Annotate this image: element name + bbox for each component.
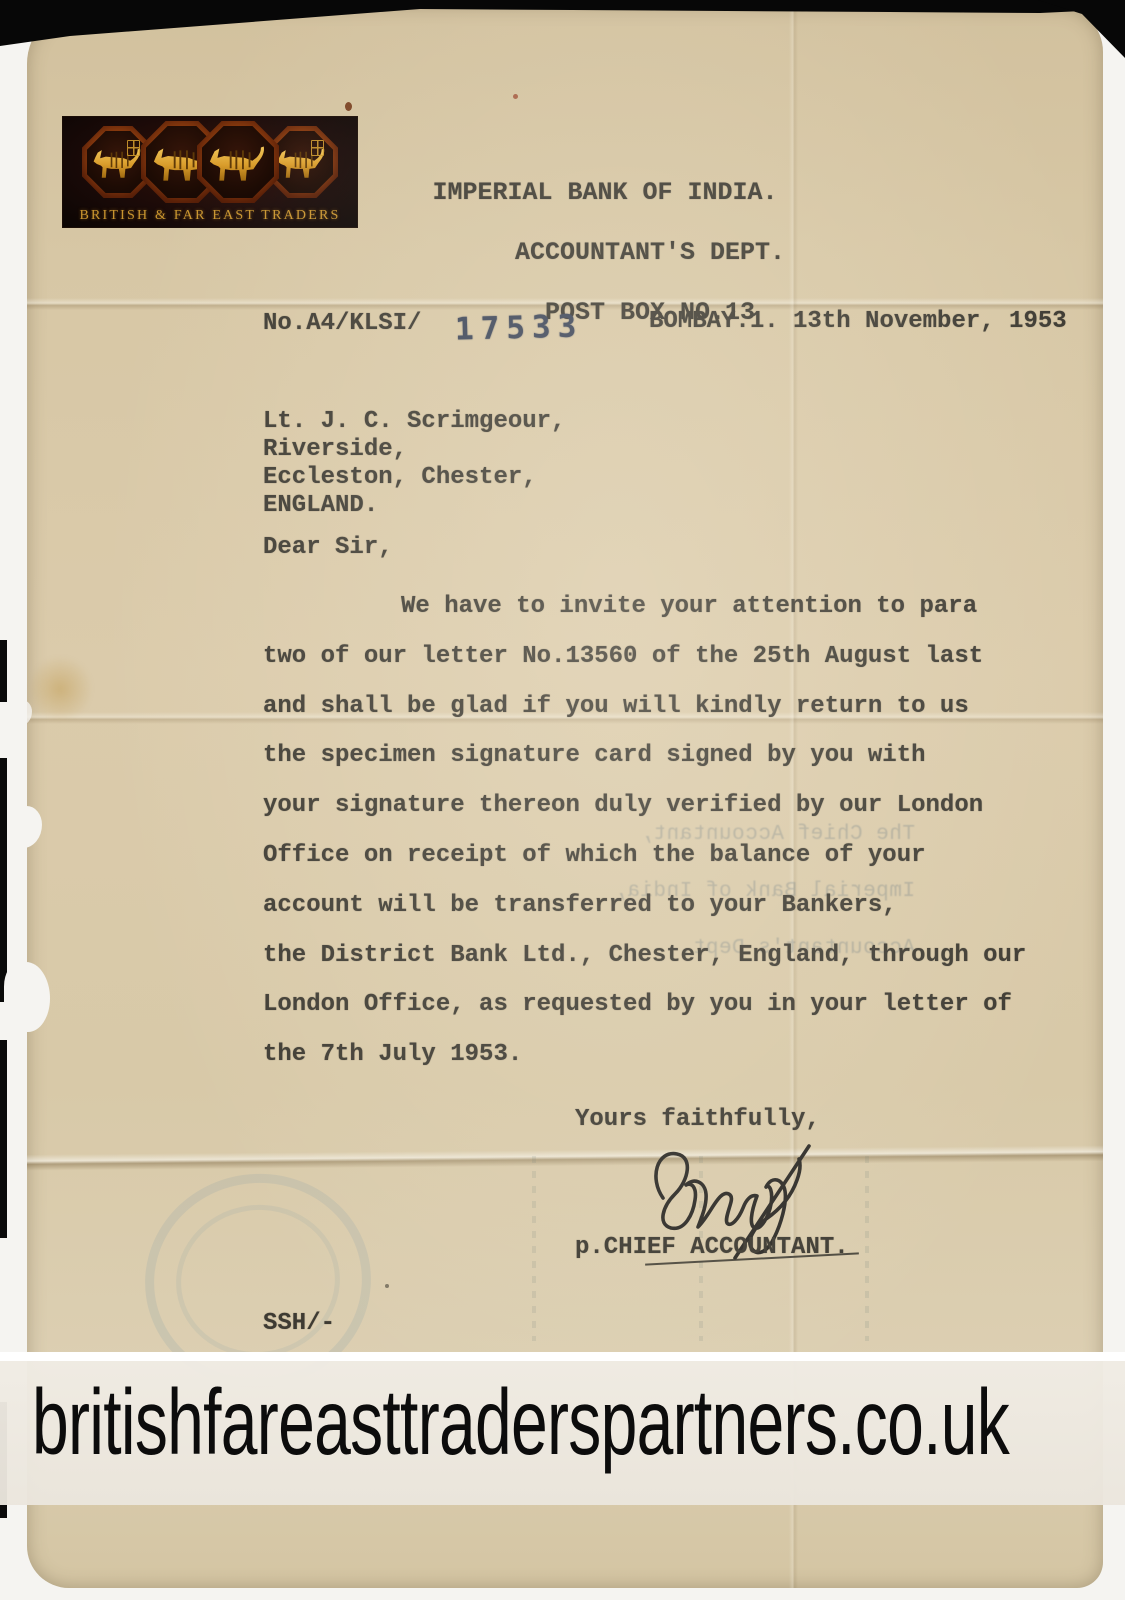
letter-body-line: the specimen signature card signed by yo…: [263, 731, 1073, 781]
tiger-octagon-row: [63, 119, 357, 205]
letter-body-line: account will be transferred to your Bank…: [263, 881, 1073, 931]
tiger-octagon: [197, 121, 279, 203]
letter-body-line: and shall be glad if you will kindly ret…: [263, 682, 1073, 732]
scanned-letter-photo: The Chief Accountant,Imperial Bank of In…: [0, 0, 1125, 1600]
verso-showthrough-column: [865, 1156, 869, 1341]
paper-edge-shadow: [0, 640, 7, 702]
british-far-east-traders-logo: BRITISH & FAR EAST TRADERS: [63, 117, 357, 227]
verso-showthrough-column: [532, 1156, 536, 1341]
ink-speck: [385, 1284, 389, 1288]
signatory-title: p.CHIEF ACCOUNTANT.: [575, 1234, 849, 1261]
stamped-serial-number: 17533: [455, 308, 584, 347]
place-and-date: BOMBAY.1. 13th November, 1953: [649, 308, 1067, 335]
paper-edge-shadow: [0, 758, 7, 1002]
tiger-character-mark: [127, 140, 140, 156]
letter-body-line: two of our letter No.13560 of the 25th A…: [263, 632, 1073, 682]
fold-crease-bottom: [27, 1145, 1103, 1170]
recipient-address-line: Lt. J. C. Scrimgeour,: [263, 408, 565, 436]
paper-edge-shadow: [0, 1040, 7, 1238]
letter-body-line: We have to invite your attention to para: [263, 582, 1073, 632]
recipient-address-line: ENGLAND.: [263, 492, 565, 520]
ink-speck: [345, 102, 352, 111]
letterhead-line1: IMPERIAL BANK OF INDIA.: [432, 178, 777, 207]
recipient-address: Lt. J. C. Scrimgeour,Riverside,Eccleston…: [263, 408, 565, 520]
paper-stain: [29, 654, 91, 724]
ink-speck: [513, 94, 518, 99]
letter-body-line: London Office, as requested by you in yo…: [263, 980, 1073, 1030]
letterhead: IMPERIAL BANK OF INDIA. ACCOUNTANT'S DEP…: [395, 178, 815, 328]
letter-body-line: the District Bank Ltd., Chester, England…: [263, 931, 1073, 981]
watermark-url: britishfareasttraderspartners.co.uk: [32, 1376, 1009, 1469]
paper-tear: [4, 962, 50, 1032]
letter-body-line: Office on receipt of which the balance o…: [263, 831, 1073, 881]
tiger-character-mark: [311, 140, 324, 156]
recipient-address-line: Eccleston, Chester,: [263, 464, 565, 492]
reference-number: No.A4/KLSI/: [263, 310, 421, 337]
watermark-banner: britishfareasttraderspartners.co.uk: [0, 1352, 1125, 1505]
logo-caption: BRITISH & FAR EAST TRADERS: [63, 208, 357, 224]
salutation: Dear Sir,: [263, 534, 393, 561]
letter-paper: The Chief Accountant,Imperial Bank of In…: [27, 6, 1103, 1588]
recipient-address-line: Riverside,: [263, 436, 565, 464]
valediction: Yours faithfully,: [575, 1106, 820, 1133]
tiger-icon: [208, 139, 268, 184]
typist-initials: SSH/-: [263, 1310, 335, 1337]
letter-body: We have to invite your attention to para…: [263, 582, 1073, 1080]
letter-body-line: the 7th July 1953.: [263, 1030, 1073, 1080]
letterhead-line2: ACCOUNTANT'S DEPT.: [515, 238, 785, 267]
letter-body-line: your signature thereon duly verified by …: [263, 781, 1073, 831]
